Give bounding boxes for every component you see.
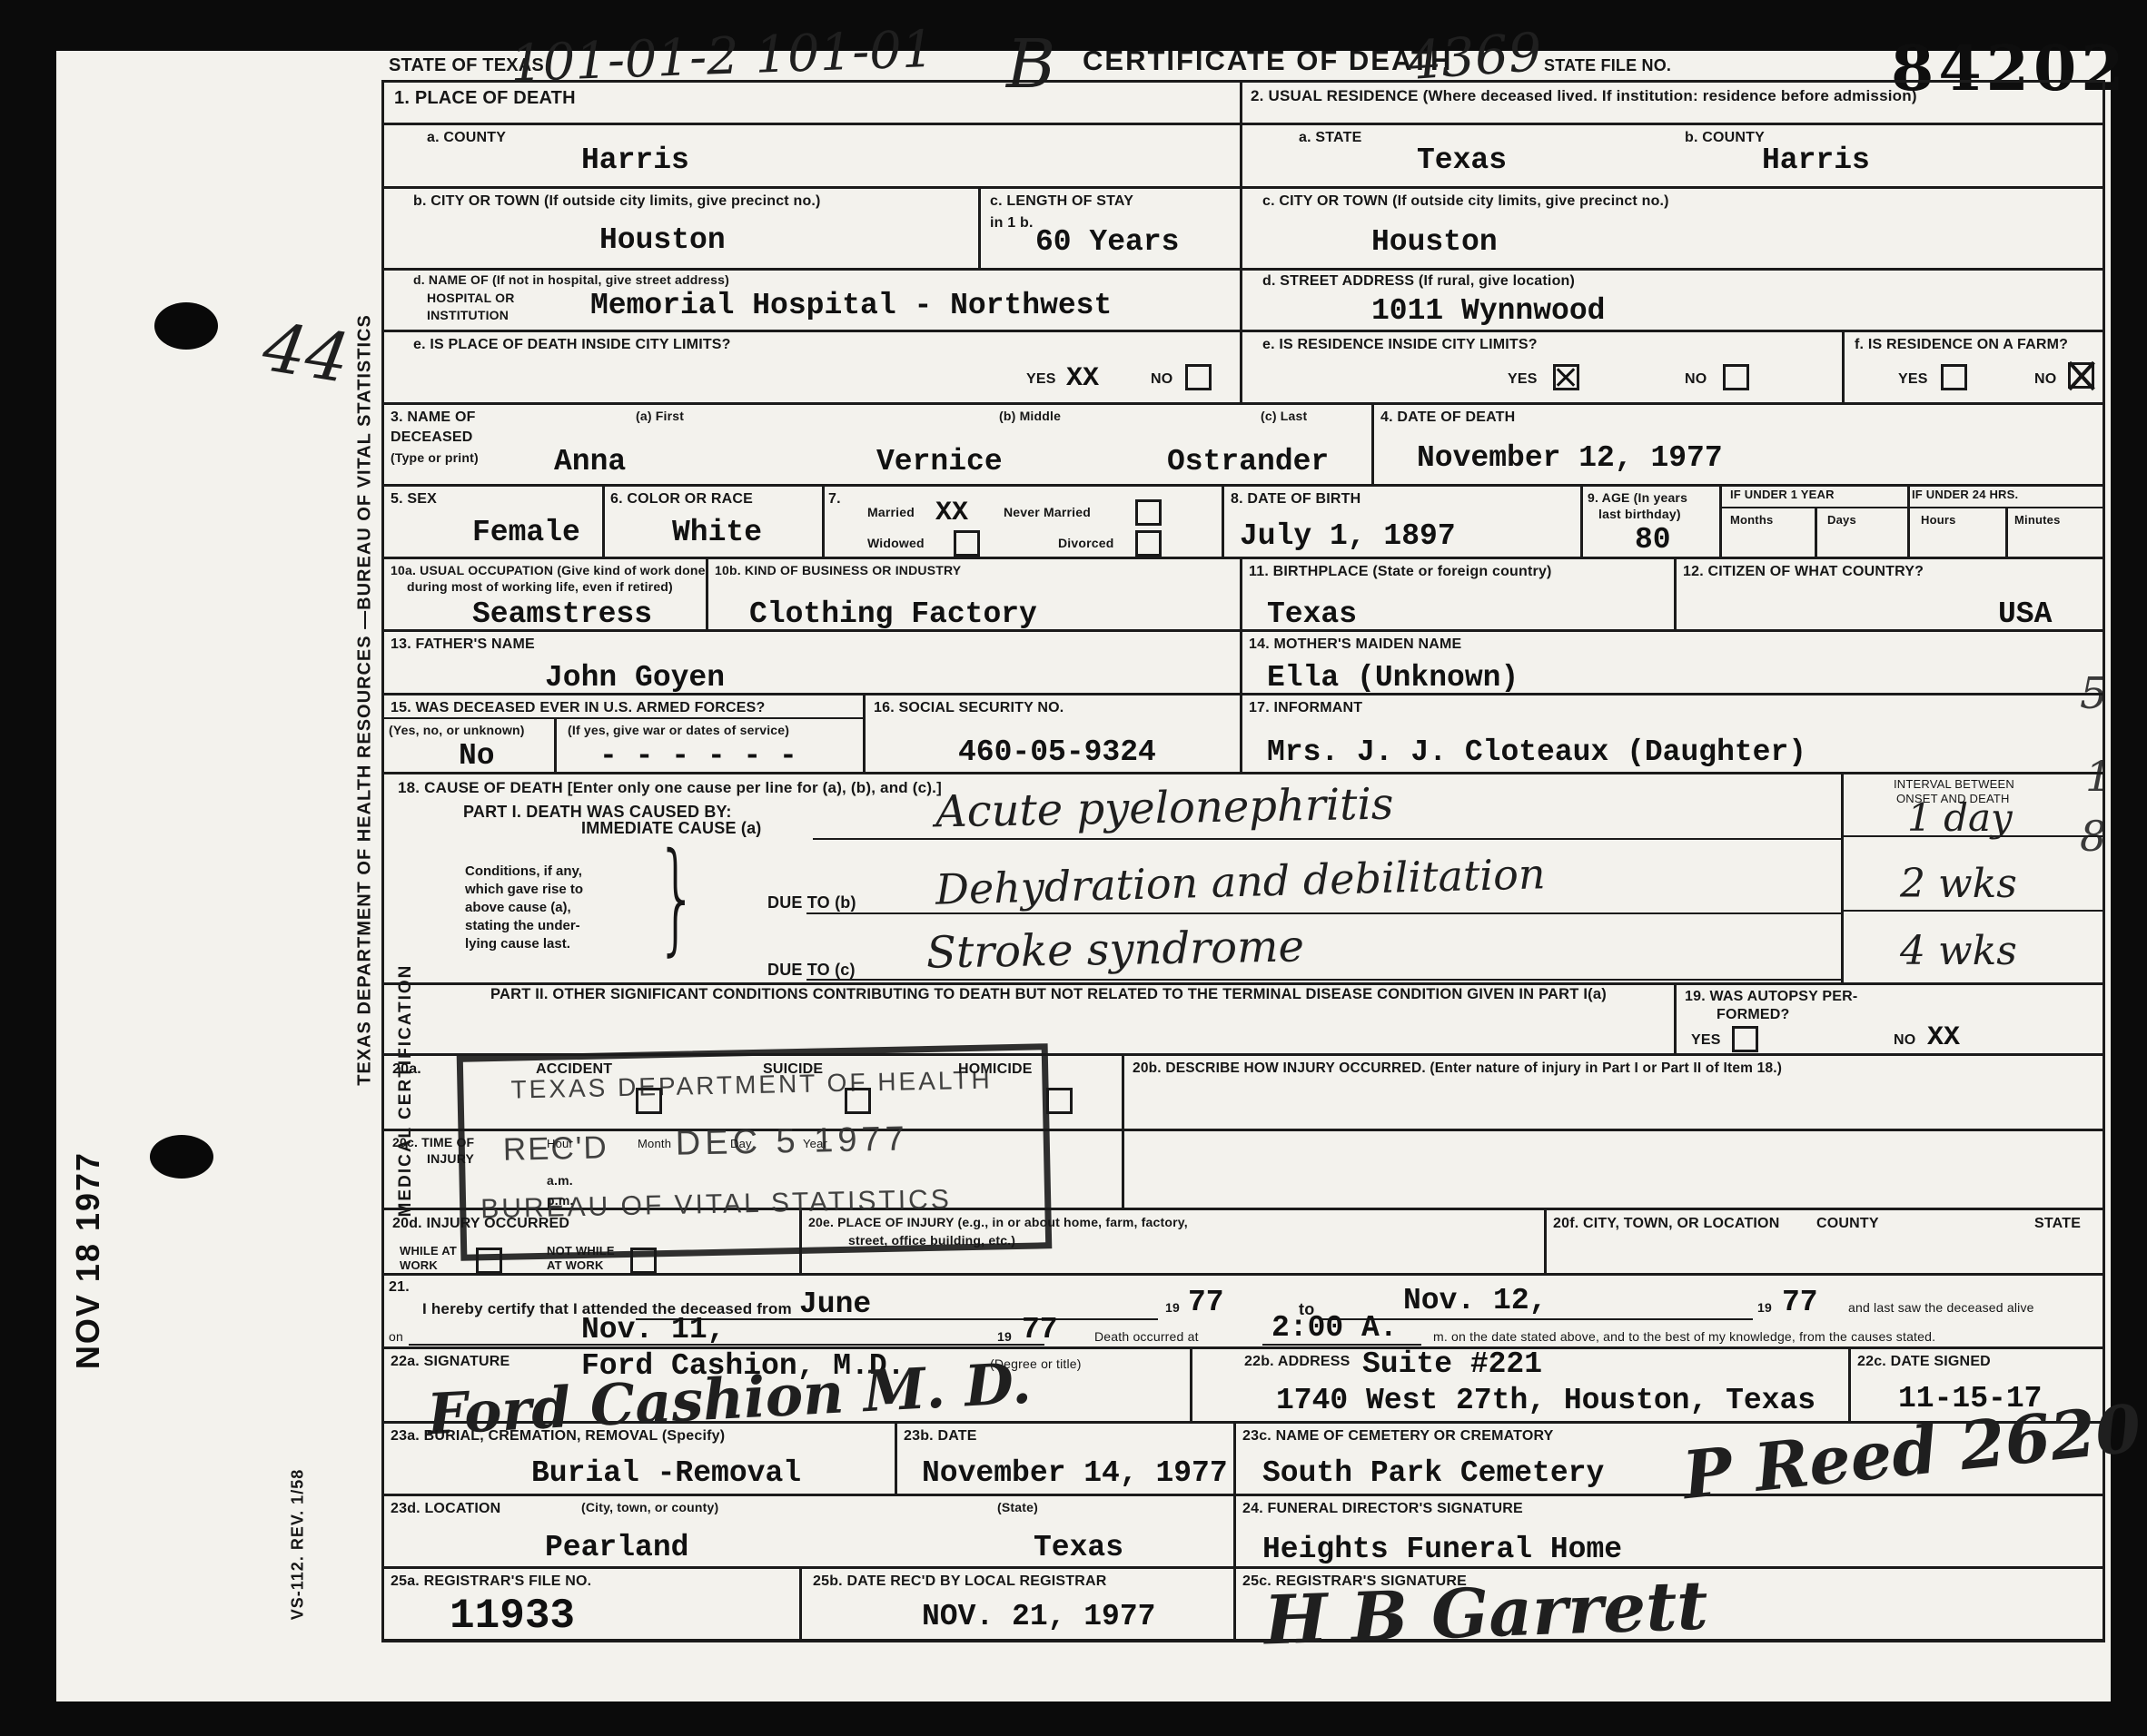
hospital-label-2: HOSPITAL OR	[427, 291, 515, 306]
grid-line	[381, 268, 2105, 271]
grid-line	[381, 982, 2105, 985]
conditions-brace: }	[656, 828, 698, 969]
grid-line	[1222, 484, 1224, 557]
pod-limits-no-checkbox	[1185, 364, 1212, 390]
citizen-value: USA	[1998, 597, 2052, 631]
sex-value: Female	[472, 516, 580, 549]
minutes-label: Minutes	[2014, 513, 2061, 528]
year-label: Year	[803, 1137, 827, 1151]
sex-label: 5. SEX	[391, 490, 437, 508]
name-label-1: 3. NAME OF	[391, 409, 476, 426]
cause-heading: 18. CAUSE OF DEATH [Enter only one cause…	[398, 779, 942, 797]
while-at-work-checkbox	[476, 1248, 502, 1274]
while-at-work-label-1: WHILE AT	[400, 1244, 457, 1258]
divorced-label: Divorced	[1058, 536, 1114, 551]
grid-line	[1907, 484, 1910, 557]
form-left-border	[381, 80, 384, 1642]
armed-forces-dates: - - - - - -	[599, 739, 797, 773]
res-limits-no-label: NO	[1685, 370, 1707, 388]
funeral-director-typed: Heights Funeral Home	[1262, 1533, 1622, 1566]
father-value: John Goyen	[545, 661, 725, 695]
cert-number: 21.	[389, 1278, 410, 1296]
marital-number-label: 7.	[828, 490, 841, 508]
first-name-value: Anna	[554, 445, 626, 478]
burial-date-label: 23b. DATE	[904, 1427, 977, 1445]
grid-line	[1674, 557, 1677, 629]
res-county-value: Harris	[1762, 143, 1870, 177]
res-state-value: Texas	[1417, 143, 1507, 177]
cert-on-label: on	[389, 1329, 403, 1345]
grid-line	[1122, 1053, 1124, 1208]
handwritten-right-mark-1: 1	[2085, 752, 2112, 801]
cert-text-2: and last saw the deceased alive	[1848, 1300, 2034, 1316]
dob-label: 8. DATE OF BIRTH	[1231, 490, 1360, 508]
margin-form-code-vertical-text: VS-112. REV. 1/58	[289, 1469, 308, 1620]
conditions-note-line: stating the under-	[465, 917, 583, 935]
cemetery-label: 23c. NAME OF CEMETERY OR CREMATORY	[1242, 1427, 1554, 1445]
grid-line	[554, 717, 557, 772]
res-city-label: c. CITY OR TOWN (If outside city limits,…	[1262, 192, 1669, 210]
location-state-value: Texas	[1034, 1531, 1123, 1564]
middle-name-label: (b) Middle	[999, 409, 1061, 424]
cert-text-3: m. on the date stated above, and to the …	[1433, 1329, 1935, 1345]
grid-line	[1674, 982, 1677, 1053]
registrar-date-label: 25b. DATE REC'D BY LOCAL REGISTRAR	[813, 1573, 1107, 1590]
cert-death-at-label: Death occurred at	[1094, 1329, 1199, 1345]
citizen-label: 12. CITIZEN OF WHAT COUNTRY?	[1683, 563, 1924, 580]
addr-line-2: 1740 West 27th, Houston, Texas	[1276, 1384, 1816, 1417]
birthplace-value: Texas	[1267, 597, 1357, 631]
cert-year-prefix-3: 19	[997, 1329, 1012, 1345]
due-to-c-value: Stroke syndrome	[926, 921, 1305, 978]
homicide-label: HOMICIDE	[958, 1060, 1033, 1078]
grid-line	[1815, 507, 1817, 557]
grid-line	[1848, 1346, 1851, 1421]
grid-line	[381, 186, 2105, 189]
while-at-work-label-2: WORK	[400, 1258, 438, 1273]
married-label: Married	[867, 505, 915, 520]
handwritten-margin-number: 44	[258, 308, 354, 399]
grid-line	[1841, 772, 1844, 982]
last-name-label: (c) Last	[1261, 409, 1307, 424]
farm-no-label: NO	[2034, 370, 2056, 388]
industry-label: 10b. KIND OF BUSINESS OR INDUSTRY	[715, 563, 961, 578]
autopsy-label-2: FORMED?	[1717, 1006, 1790, 1023]
married-mark: XX	[935, 498, 968, 528]
hour-label: Hour	[547, 1137, 573, 1151]
grid-line	[381, 330, 2105, 332]
autopsy-yes-checkbox	[1732, 1026, 1758, 1052]
certificate-title: CERTIFICATE OF DEATH	[1083, 44, 1452, 77]
under-24h-label: IF UNDER 24 HRS.	[1912, 488, 2018, 502]
pod-county-value: Harris	[581, 143, 689, 177]
injury-20c-label-2: INJURY	[427, 1151, 474, 1167]
grid-line	[381, 402, 2105, 405]
due-to-b-label: DUE TO (b)	[767, 893, 856, 913]
farm-yes-label: YES	[1898, 370, 1928, 388]
armed-forces-sub2: (If yes, give war or dates of service)	[568, 723, 789, 738]
stay-label: c. LENGTH OF STAY	[990, 192, 1133, 210]
farm-no-checkbox	[2068, 362, 2094, 389]
part2-label: PART II. OTHER SIGNIFICANT CONDITIONS CO…	[490, 986, 1607, 1004]
days-label: Days	[1827, 513, 1856, 528]
injury-20b-label: 20b. DESCRIBE HOW INJURY OCCURRED. (Ente…	[1133, 1060, 1782, 1078]
hole-punch-bottom	[150, 1135, 213, 1179]
handwritten-letter-b: B	[1006, 25, 1055, 104]
cert-from-year: 77	[1188, 1286, 1224, 1319]
last-name-value: Ostrander	[1167, 445, 1329, 478]
registrar-date-value: NOV. 21, 1977	[922, 1600, 1155, 1633]
cert-to-value: Nov. 12,	[1403, 1284, 1547, 1317]
grid-line	[2005, 507, 2008, 557]
res-limits-no-checkbox	[1723, 364, 1749, 390]
registrar-file-no: 11933	[450, 1593, 575, 1640]
grid-line	[822, 484, 825, 557]
street-label: d. STREET ADDRESS (If rural, give locati…	[1262, 272, 1575, 290]
grid-line	[381, 1566, 2105, 1569]
dob-value: July 1, 1897	[1240, 519, 1456, 553]
grid-line	[381, 557, 2105, 559]
grid-line	[1240, 80, 1242, 402]
autopsy-no-mark: XX	[1927, 1022, 1960, 1053]
grid-line	[1240, 693, 1242, 772]
autopsy-label-1: 19. WAS AUTOPSY PER-	[1685, 988, 1857, 1005]
burial-value: Burial -Removal	[531, 1456, 801, 1490]
addr-line-1: Suite #221	[1362, 1347, 1542, 1381]
cert-death-time: 2:00 A.	[1271, 1311, 1398, 1345]
day-label: Day	[730, 1137, 752, 1151]
date-of-death-label: 4. DATE OF DEATH	[1380, 409, 1515, 426]
state-file-no-label: STATE FILE NO.	[1544, 56, 1671, 76]
cert-blank-line	[409, 1344, 1044, 1346]
sig-22a-label: 22a. SIGNATURE	[391, 1353, 510, 1370]
cert-year-prefix-2: 19	[1757, 1300, 1772, 1316]
interval-c-value: 4 wks	[1900, 928, 2017, 974]
pod-county-label: a. COUNTY	[427, 129, 506, 146]
res-county-label: b. COUNTY	[1685, 129, 1765, 146]
autopsy-yes-label: YES	[1691, 1031, 1721, 1049]
interval-b-value: 2 wks	[1900, 861, 2017, 907]
margin-medical-certification-vertical-text: MEDICAL CERTIFICATION	[396, 964, 416, 1218]
informant-label: 17. INFORMANT	[1249, 699, 1362, 716]
injury-20f-label: 20f. CITY, TOWN, OR LOCATION	[1553, 1215, 1779, 1232]
mother-value: Ella (Unknown)	[1267, 661, 1519, 695]
immediate-cause-value: Acute pyelonephritis	[935, 779, 1394, 838]
autopsy-no-label: NO	[1894, 1031, 1915, 1049]
conditions-note-line: above cause (a),	[465, 899, 583, 917]
divorced-checkbox	[1135, 530, 1162, 557]
due-to-c-label: DUE TO (c)	[767, 961, 856, 981]
informant-value: Mrs. J. J. Cloteaux (Daughter)	[1267, 735, 1806, 769]
hospital-label-3: INSTITUTION	[427, 308, 509, 323]
res-limits-yes-checkbox	[1553, 364, 1579, 390]
month-label: Month	[638, 1137, 671, 1151]
conditions-note-line: lying cause last.	[465, 935, 583, 953]
grid-line	[1240, 557, 1242, 629]
suicide-label: SUICIDE	[763, 1060, 823, 1078]
widowed-label: Widowed	[867, 536, 925, 551]
stamp-date: DEC 5 1977	[675, 1120, 909, 1163]
race-label: 6. COLOR OR RACE	[610, 490, 753, 508]
interval-b-rule	[1841, 910, 2105, 912]
cause-a-underline	[813, 838, 1841, 840]
stay-value: 60 Years	[1035, 225, 1179, 259]
burial-date-value: November 14, 1977	[922, 1456, 1228, 1490]
grid-line	[1190, 1346, 1192, 1421]
race-value: White	[672, 516, 762, 549]
res-city-value: Houston	[1371, 225, 1498, 259]
burial-label: 23a. BURIAL, CREMATION, REMOVAL (Specify…	[391, 1427, 725, 1445]
due-to-b-value: Dehydration and debilitation	[935, 849, 1546, 914]
interval-label-1: INTERVAL BETWEEN	[1894, 777, 2014, 792]
grid-line	[1371, 402, 1374, 484]
hours-label: Hours	[1921, 513, 1956, 528]
stay-sublabel: in 1 b.	[990, 214, 1034, 232]
injury-20e-label-1: 20e. PLACE OF INJURY (e.g., in or about …	[808, 1215, 1188, 1230]
grid-line	[381, 484, 2105, 487]
not-while-checkbox	[630, 1248, 657, 1274]
grid-line	[381, 80, 2105, 83]
age-label-2: last birthday)	[1598, 507, 1681, 522]
suicide-checkbox	[845, 1088, 871, 1114]
grid-line	[602, 484, 605, 557]
grid-line	[895, 1421, 897, 1494]
grid-line	[381, 123, 2105, 125]
months-label: Months	[1730, 513, 1773, 528]
injury-20e-label-2: street, office building, etc.)	[848, 1233, 1015, 1248]
registrar-signature-script: H B Garrett	[1263, 1567, 1709, 1661]
cert-alive-value: Nov. 11,	[581, 1313, 725, 1346]
never-married-checkbox	[1135, 499, 1162, 526]
pod-limits-yes-mark: XX	[1066, 363, 1099, 394]
conditions-note-line: Conditions, if any,	[465, 863, 583, 881]
grid-line	[381, 1639, 2105, 1642]
grid-line	[1240, 629, 1242, 693]
pod-city-value: Houston	[599, 223, 726, 257]
location-sub1: (City, town, or county)	[581, 1500, 718, 1515]
middle-name-value: Vernice	[876, 445, 1003, 478]
injury-20a-label: 20a.	[392, 1060, 421, 1078]
homicide-checkbox	[1046, 1088, 1073, 1114]
pod-limits-yes-label: YES	[1026, 370, 1056, 388]
res-limits-yes-label: YES	[1508, 370, 1538, 388]
ssn-label: 16. SOCIAL SECURITY NO.	[874, 699, 1064, 716]
margin-agency-vertical-text: TEXAS DEPARTMENT OF HEALTH RESOURCES —BU…	[355, 314, 376, 1086]
grid-line	[1719, 507, 2105, 508]
cert-year-prefix-1: 19	[1165, 1300, 1180, 1316]
hospital-value: Memorial Hospital - Northwest	[590, 289, 1112, 322]
birthplace-label: 11. BIRTHPLACE (State or foreign country…	[1249, 563, 1552, 580]
father-label: 13. FATHER'S NAME	[391, 636, 535, 653]
not-while-label-2: AT WORK	[547, 1258, 604, 1273]
res-state-label: a. STATE	[1299, 129, 1361, 146]
farm-label: f. IS RESIDENCE ON A FARM?	[1855, 336, 2068, 353]
age-label-1: 9. AGE (In years	[1588, 490, 1687, 506]
interval-a-value: 1 day	[1907, 795, 2013, 840]
under-1yr-label: IF UNDER 1 YEAR	[1730, 488, 1835, 502]
date-signed-label: 22c. DATE SIGNED	[1857, 1353, 1991, 1370]
paper: TEXAS DEPARTMENT OF HEALTH RESOURCES —BU…	[56, 51, 2111, 1701]
usual-residence-heading: 2. USUAL RESIDENCE (Where deceased lived…	[1251, 87, 1917, 105]
cert-from-value: June	[799, 1287, 871, 1321]
grid-line	[863, 693, 866, 772]
registrar-file-label: 25a. REGISTRAR'S FILE NO.	[391, 1573, 591, 1590]
conditions-note-line: which gave rise to	[465, 881, 583, 899]
armed-forces-sub1: (Yes, no, or unknown)	[389, 723, 525, 738]
pod-city-label: b. CITY OR TOWN (If outside city limits,…	[413, 192, 821, 210]
pod-limits-label: e. IS PLACE OF DEATH INSIDE CITY LIMITS?	[413, 336, 731, 353]
hospital-label-1: d. NAME OF (If not in hospital, give str…	[413, 272, 729, 288]
cert-to-year: 77	[1782, 1286, 1818, 1319]
accident-label: ACCIDENT	[536, 1060, 612, 1078]
accident-checkbox	[636, 1088, 662, 1114]
grid-line	[799, 1566, 802, 1642]
injury-20c-label-1: 20c. TIME OF	[392, 1135, 474, 1150]
injury-state-label: STATE	[2034, 1215, 2081, 1232]
am-label: a.m.	[547, 1173, 573, 1189]
state-file-number: 84202	[1891, 33, 2129, 105]
date-of-death-value: November 12, 1977	[1417, 441, 1723, 475]
cemetery-value: South Park Cemetery	[1262, 1456, 1604, 1490]
never-married-label: Never Married	[1004, 505, 1091, 520]
ssn-value: 460-05-9324	[958, 735, 1156, 769]
scanned-death-certificate: TEXAS DEPARTMENT OF HEALTH RESOURCES —BU…	[0, 0, 2147, 1736]
place-of-death-heading: 1. PLACE OF DEATH	[394, 87, 576, 109]
age-value: 80	[1635, 523, 1671, 557]
injury-20d-label: 20d. INJURY OCCURRED	[392, 1215, 569, 1232]
grid-line	[381, 717, 863, 719]
grid-line	[1842, 330, 1845, 402]
street-value: 1011 Wynnwood	[1371, 294, 1605, 328]
received-date-stamp: NOV 18 1977	[69, 1151, 107, 1369]
occupation-value: Seamstress	[472, 597, 652, 631]
industry-value: Clothing Factory	[749, 597, 1037, 631]
grid-line	[1580, 484, 1583, 557]
conditions-note: Conditions, if any, which gave rise to a…	[465, 863, 583, 953]
funeral-director-label: 24. FUNERAL DIRECTOR'S SIGNATURE	[1242, 1500, 1523, 1517]
res-limits-label: e. IS RESIDENCE INSIDE CITY LIMITS?	[1262, 336, 1538, 353]
pm-label: p.m.	[547, 1193, 574, 1208]
addr-22b-label: 22b. ADDRESS	[1244, 1353, 1351, 1370]
first-name-label: (a) First	[636, 409, 684, 424]
occupation-label-1: 10a. USUAL OCCUPATION (Give kind of work…	[391, 563, 706, 578]
mother-label: 14. MOTHER'S MAIDEN NAME	[1249, 636, 1461, 653]
cause-c-underline	[806, 979, 1841, 981]
cert-alive-year: 77	[1022, 1313, 1058, 1346]
grid-line	[1544, 1208, 1547, 1273]
pod-limits-no-label: NO	[1151, 370, 1172, 388]
grid-line	[706, 557, 708, 629]
location-label: 23d. LOCATION	[391, 1500, 500, 1517]
armed-forces-label: 15. WAS DECEASED EVER IN U.S. ARMED FORC…	[391, 699, 766, 716]
injury-county-label: COUNTY	[1816, 1215, 1879, 1232]
name-label-3: (Type or print)	[391, 450, 479, 466]
grid-line	[978, 186, 981, 268]
not-while-label-1: NOT WHILE	[547, 1244, 615, 1258]
grid-line	[1233, 1421, 1236, 1642]
armed-forces-value: No	[459, 739, 495, 773]
location-city-value: Pearland	[545, 1531, 688, 1564]
farm-yes-checkbox	[1941, 364, 1967, 390]
location-sub2: (State)	[997, 1500, 1038, 1515]
hole-punch-top	[154, 302, 218, 350]
occupation-label-2: during most of working life, even if ret…	[407, 579, 673, 595]
widowed-checkbox	[954, 530, 980, 557]
grid-line	[1719, 484, 1722, 557]
name-label-2: DECEASED	[391, 429, 473, 446]
